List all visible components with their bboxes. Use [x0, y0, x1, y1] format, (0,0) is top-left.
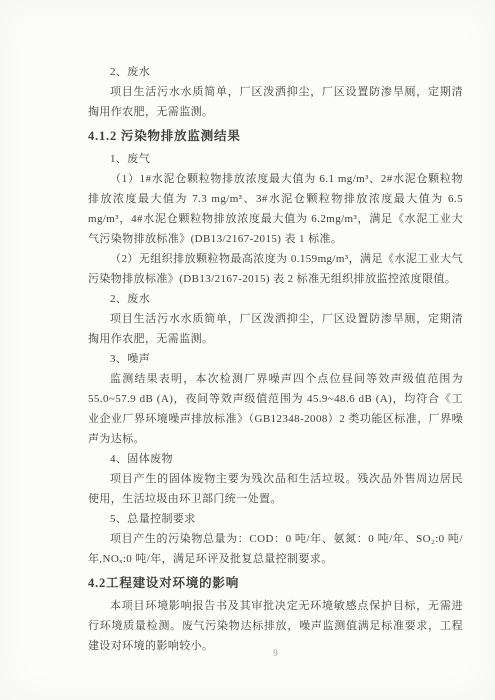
list-heading-total-control: 5、总量控制要求: [88, 509, 463, 529]
paragraph-project-impact: 本项目环境影响报告书及其审批决定无环境敏感点保护目标，无需进行环境质量检测。废气…: [88, 596, 463, 656]
document-text-block: 2、废水 项目生活污水水质简单，厂区泼洒抑尘，厂区设置防渗旱厕，定期清掏用作农肥…: [88, 62, 463, 656]
section-heading-4-1-2: 4.1.2 污染物排放监测结果: [88, 126, 463, 146]
paragraph-total-control: 项目产生的污染物总量为：COD：0 吨/年、氨氮：0 吨/年、SO₂:0 吨/年…: [88, 529, 463, 569]
paragraph-noise: 监测结果表明，本次检测厂界噪声四个点位昼间等效声级值范围为 55.0~57.9 …: [88, 369, 463, 449]
paragraph-wastewater-top: 项目生活污水水质简单，厂区泼洒抑尘，厂区设置防渗旱厕，定期清掏用作农肥，无需监测…: [88, 82, 463, 122]
list-heading-wastewater-top: 2、废水: [88, 62, 463, 82]
paragraph-waste-gas-1: （1）1#水泥仓颗粒物排放浓度最大值为 6.1 mg/m³、2#水泥仓颗粒物排放…: [88, 169, 463, 249]
paragraph-waste-gas-2: （2）无组织排放颗粒物最高浓度为 0.159mg/m³，满足《水泥工业大气污染物…: [88, 249, 463, 289]
list-heading-solid-waste: 4、固体废物: [88, 449, 463, 469]
paragraph-wastewater: 项目生活污水水质简单，厂区泼洒抑尘，厂区设置防渗旱厕，定期清掏用作农肥，无需监测…: [88, 309, 463, 349]
list-heading-waste-gas: 1、废气: [88, 149, 463, 169]
list-heading-noise: 3、噪声: [88, 349, 463, 369]
page-number: 9: [88, 648, 463, 658]
paragraph-solid-waste: 项目产生的固体废物主要为残次品和生活垃圾。残次品外售周边居民使用，生活垃圾由环卫…: [88, 469, 463, 509]
document-page: 2、废水 项目生活污水水质简单，厂区泼洒抑尘，厂区设置防渗旱厕，定期清掏用作农肥…: [0, 0, 495, 700]
section-heading-4-2: 4.2工程建设对环境的影响: [88, 573, 463, 593]
list-heading-wastewater: 2、废水: [88, 289, 463, 309]
